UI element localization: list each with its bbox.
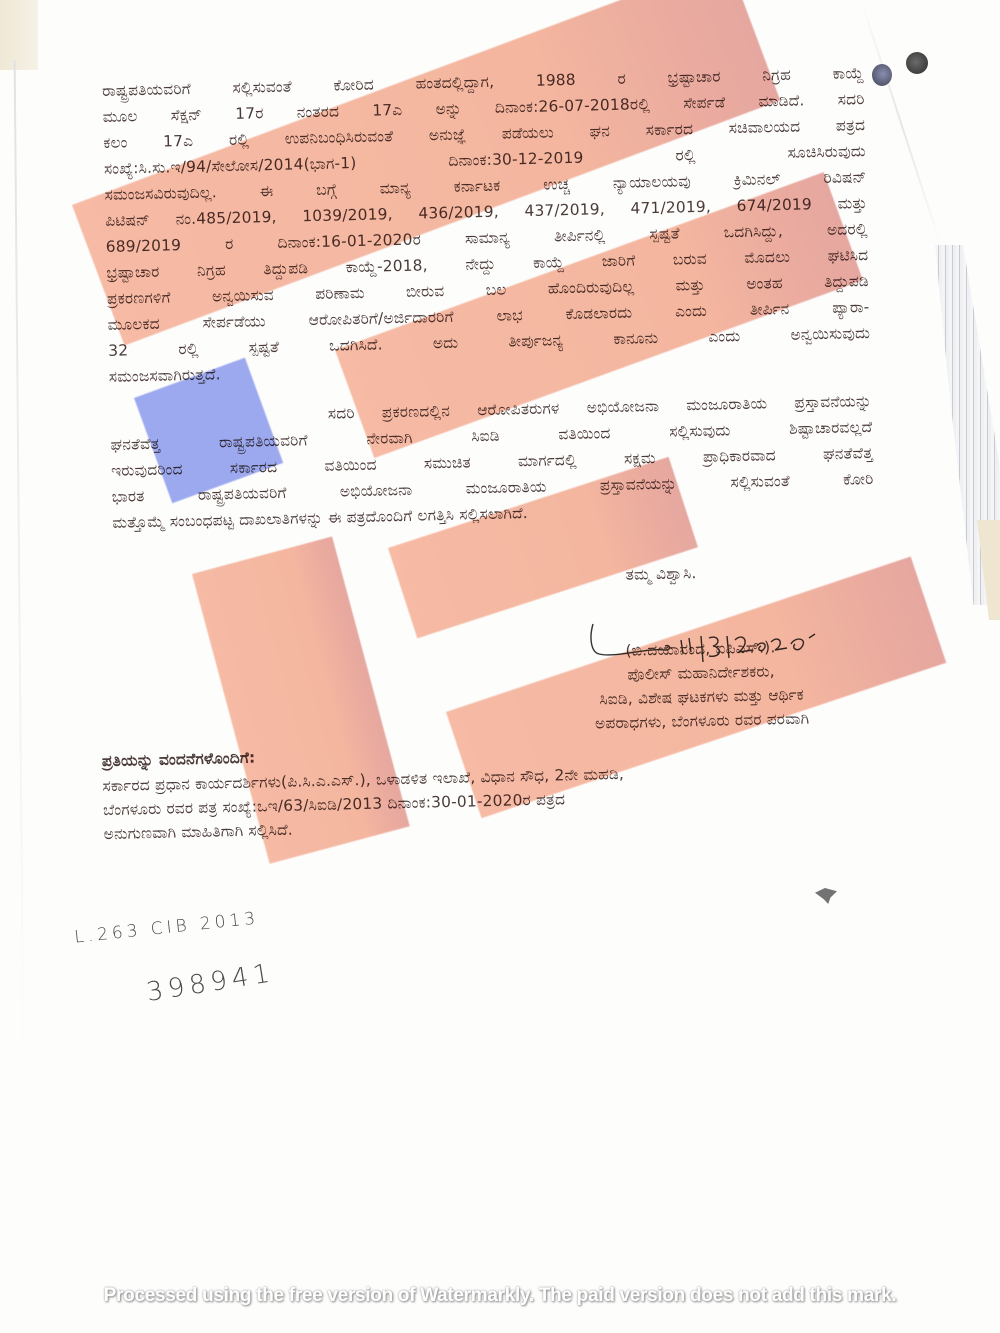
punch-hole <box>906 52 928 74</box>
copy-heading: ಪ್ರತಿಯನ್ನು ವಂದನೆಗಳೊಂದಿಗೆ: <box>102 749 256 772</box>
watermark-text: Processed using the free version of Wate… <box>0 1285 1000 1307</box>
handwritten-number: 398941 <box>144 958 276 1008</box>
paper-edge <box>14 60 25 1060</box>
desk-background <box>0 0 38 70</box>
punch-hole <box>872 64 892 86</box>
paper-crease <box>860 0 942 247</box>
handwritten-reference: L.263 CIB 2013 <box>73 908 259 947</box>
ink-blot <box>815 888 837 904</box>
